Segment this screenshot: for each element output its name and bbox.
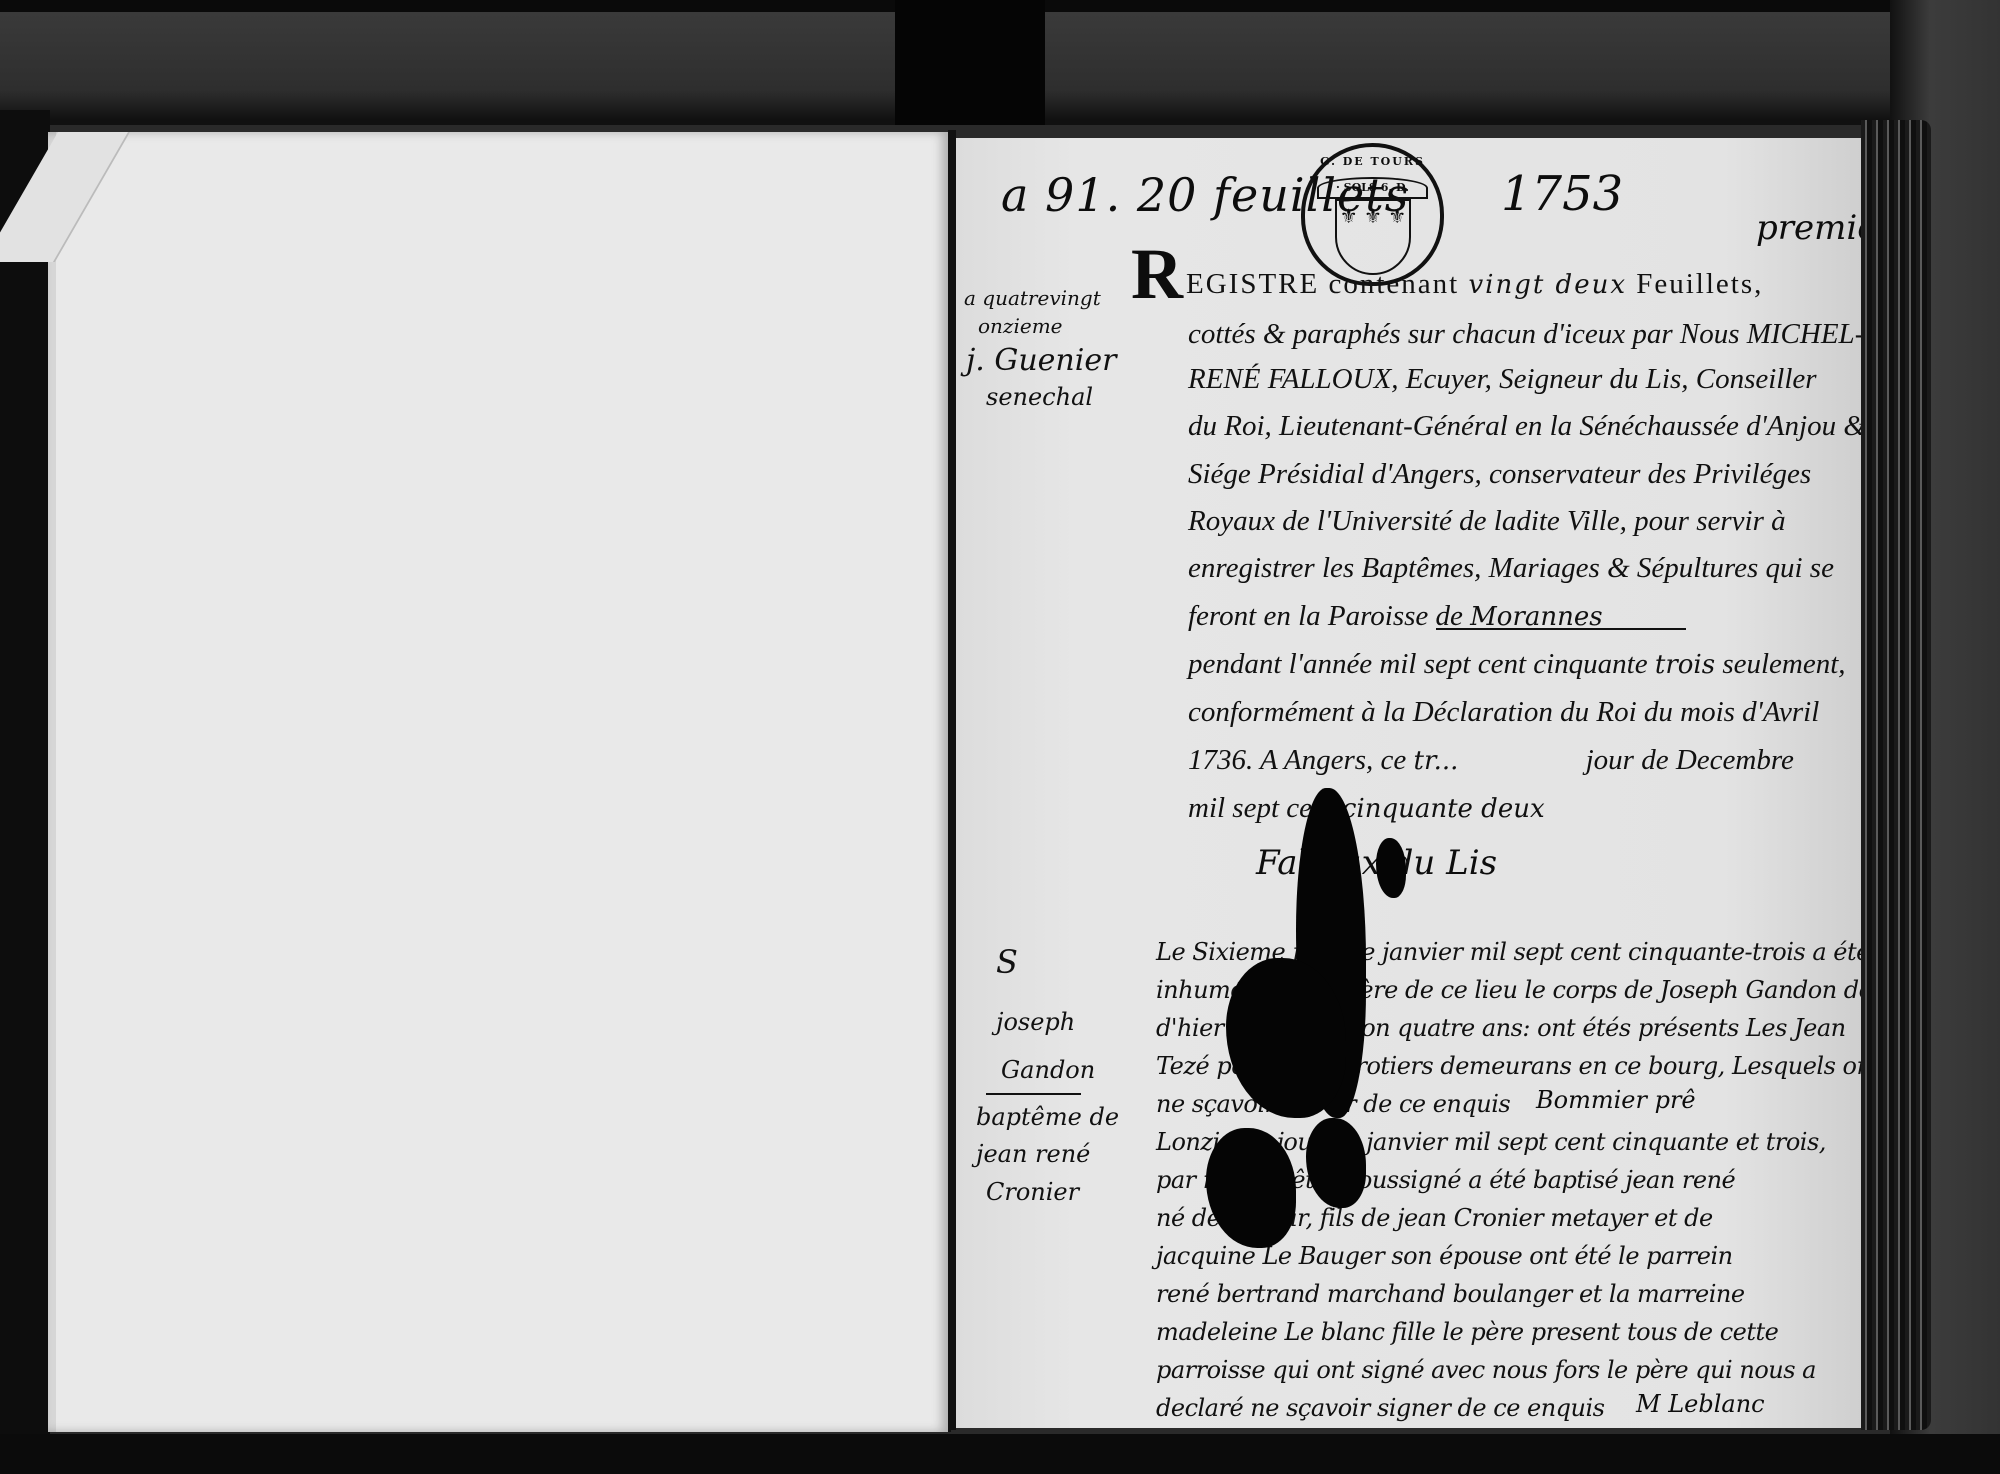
printed-text: seulement, xyxy=(1722,648,1845,680)
scan-backdrop-bottom xyxy=(0,1434,2000,1474)
entry-2-line-4: jacquine Le Bauger son épouse ont été le… xyxy=(1156,1242,1733,1270)
form-line-11: 1736. A Angers, ce tr... jour de Decembr… xyxy=(1188,744,1794,777)
entry-2-margin-2: jean rené xyxy=(976,1140,1090,1168)
form-line-12: mil sept cent cinquante deux xyxy=(1188,792,1545,825)
register-year: 1753 xyxy=(1501,166,1623,222)
entry-2-margin-1: baptême de xyxy=(976,1103,1119,1131)
year-fill-2: cinquante deux xyxy=(1342,794,1545,824)
ink-stain xyxy=(1306,1118,1366,1208)
printed-text: feront en la Paroisse de xyxy=(1188,600,1463,632)
book-gutter xyxy=(948,130,956,1430)
form-line-2: cottés & paraphés sur chacun d'iceux par… xyxy=(1188,318,1861,351)
entry-1-margin-2: joseph xyxy=(996,1008,1075,1036)
handwritten-fill: vingt deux xyxy=(1468,270,1627,300)
margin-note-count-2: onzieme xyxy=(978,314,1063,338)
printed-text: pendant l'année mil sept cent cinquante xyxy=(1188,648,1648,680)
scan-clamp xyxy=(895,0,1045,125)
form-line-6: Royaux de l'Université de ladite Ville, … xyxy=(1188,505,1786,538)
printed-text: 1736. A Angers, ce xyxy=(1188,744,1406,776)
entry-2-line-5: rené bertrand marchand boulanger et la m… xyxy=(1156,1280,1745,1308)
entry-2-line-7: parroisse qui ont signé avec nous fors l… xyxy=(1156,1356,1816,1384)
entry-1-margin-1: S xyxy=(996,943,1018,981)
form-line-4: du Roi, Lieutenant-Général en la Sénécha… xyxy=(1188,410,1861,443)
margin-separator xyxy=(986,1093,1081,1095)
stamp-seal: G. DE TOURS · SOLS 6. D. ⚜ ⚜ ⚜ xyxy=(1301,143,1444,286)
form-line-9: pendant l'année mil sept cent cinquante … xyxy=(1188,648,1846,681)
day-fill: tr... xyxy=(1414,746,1459,776)
scan-backdrop-left xyxy=(0,110,50,1474)
printed-text: Feuillets, xyxy=(1636,268,1763,300)
seal-band-text: · SOLS 6. D. xyxy=(1317,177,1428,199)
margin-signature: j. Guenier xyxy=(966,343,1116,378)
ink-stain xyxy=(1376,838,1406,898)
seal-ring-text: G. DE TOURS xyxy=(1305,155,1440,168)
entry-2-line-8: declaré ne sçavoir signer de ce enquis xyxy=(1156,1394,1605,1422)
printed-text: jour de Decembre xyxy=(1586,744,1794,776)
printed-text: EGISTRE contenant xyxy=(1186,268,1459,300)
left-page-blank xyxy=(48,132,951,1432)
corner-note: premier xyxy=(1756,208,1861,248)
drop-cap: R xyxy=(1131,233,1183,316)
entry-1-signature: Bommier prê xyxy=(1536,1086,1696,1114)
form-line-7: enregistrer les Baptêmes, Mariages & Sép… xyxy=(1188,552,1834,585)
form-line-3: RENÉ FALLOUX, Ecuyer, Seigneur du Lis, C… xyxy=(1188,363,1817,396)
entry-2-margin-3: Cronier xyxy=(986,1178,1079,1206)
entry-2-signature-1: M Leblanc xyxy=(1636,1390,1765,1418)
form-line-10: conformément à la Déclaration du Roi du … xyxy=(1188,696,1819,729)
entry-1-margin-3: Gandon xyxy=(1001,1056,1095,1084)
margin-note-count-1: a quatrevingt xyxy=(964,286,1101,310)
form-line-1: EGISTRE contenant vingt deux Feuillets, xyxy=(1186,268,1763,301)
form-line-5: Siége Présidial d'Angers, conservateur d… xyxy=(1188,458,1811,491)
right-page: a 91. 20 feuillets G. DE TOURS · SOLS 6.… xyxy=(956,138,1861,1428)
entry-2-line-6: madeleine Le blanc fille le père present… xyxy=(1156,1318,1778,1346)
fleur-de-lis-icon: ⚜ ⚜ ⚜ xyxy=(1335,199,1411,275)
page-edges-binding xyxy=(1861,120,1931,1430)
fill-underline xyxy=(1436,628,1686,630)
year-fill: trois xyxy=(1655,650,1715,680)
margin-title: senechal xyxy=(986,383,1093,411)
